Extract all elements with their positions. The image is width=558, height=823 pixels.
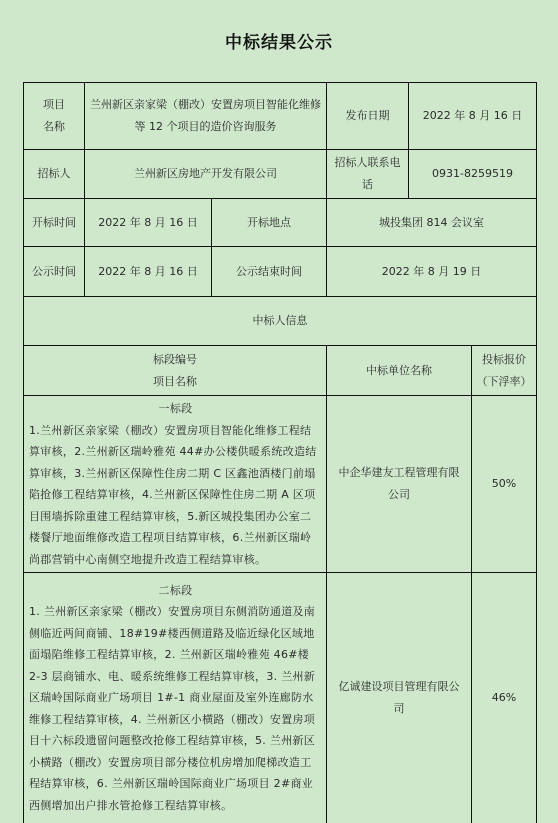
bid-rate: 50%: [472, 396, 537, 573]
project-name-label-line2: 名称: [28, 116, 80, 138]
project-name-value-line2: 等 12 个项目的造价咨询服务: [89, 116, 322, 138]
bid-open-time-label: 开标时间: [24, 199, 85, 247]
bid-result-table: 项目 名称 兰州新区亲家梁（棚改）安置房项目智能化维修 等 12 个项目的造价咨…: [23, 82, 537, 823]
row-publicity: 公示时间 2022 年 8 月 16 日 公示结束时间 2022 年 8 月 1…: [24, 247, 537, 297]
publicity-end-label: 公示结束时间: [212, 247, 327, 297]
tenderer-value: 兰州新区房地产开发有限公司: [85, 150, 327, 199]
winning-company: 亿诚建设项目管理有限公 司: [327, 573, 472, 823]
table-row: 二标段 1. 兰州新区亲家梁（棚改）安置房项目东侧消防通道及南侧临近两间商铺、1…: [24, 573, 537, 823]
bid-open-place-label: 开标地点: [212, 199, 327, 247]
row-bid-open: 开标时间 2022 年 8 月 16 日 开标地点 城投集团 814 会议室: [24, 199, 537, 247]
lot-description-cell: 一标段 1.兰州新区亲家梁（棚改）安置房项目智能化维修工程结算审核，2.兰州新区…: [24, 396, 327, 573]
publish-date-value: 2022 年 8 月 16 日: [409, 83, 537, 150]
bid-rate: 46%: [472, 573, 537, 823]
publicity-time-value: 2022 年 8 月 16 日: [85, 247, 212, 297]
tenderer-label: 招标人: [24, 150, 85, 199]
winning-company-line1: 亿诚建设项目管理有限公: [331, 676, 467, 698]
publicity-end-value: 2022 年 8 月 19 日: [327, 247, 537, 297]
row-winner-heading: 中标人信息: [24, 297, 537, 346]
lot-title: 一标段: [29, 398, 322, 420]
tenderer-phone-value: 0931-8259519: [409, 150, 537, 199]
bid-open-time-value: 2022 年 8 月 16 日: [85, 199, 212, 247]
winner-table-header: 标段编号 项目名称 中标单位名称 投标报价 （下浮率）: [24, 346, 537, 396]
lot-description-cell: 二标段 1. 兰州新区亲家梁（棚改）安置房项目东侧消防通道及南侧临近两间商铺、1…: [24, 573, 327, 823]
project-name-label: 项目 名称: [24, 83, 85, 150]
publicity-time-label: 公示时间: [24, 247, 85, 297]
row-tenderer: 招标人 兰州新区房地产开发有限公司 招标人联系电 话 0931-8259519: [24, 150, 537, 199]
column-header-price-line1: 投标报价: [476, 349, 532, 371]
project-name-value-line1: 兰州新区亲家梁（棚改）安置房项目智能化维修: [89, 94, 322, 116]
column-header-company: 中标单位名称: [327, 346, 472, 396]
table-row: 一标段 1.兰州新区亲家梁（棚改）安置房项目智能化维修工程结算审核，2.兰州新区…: [24, 396, 537, 573]
winner-section-heading: 中标人信息: [24, 297, 537, 346]
row-project-name: 项目 名称 兰州新区亲家梁（棚改）安置房项目智能化维修 等 12 个项目的造价咨…: [24, 83, 537, 150]
lot-description: 1. 兰州新区亲家梁（棚改）安置房项目东侧消防通道及南侧临近两间商铺、18#19…: [29, 605, 315, 812]
lot-title: 二标段: [29, 580, 322, 602]
publish-date-label: 发布日期: [327, 83, 409, 150]
column-header-lot: 标段编号 项目名称: [24, 346, 327, 396]
column-header-price: 投标报价 （下浮率）: [472, 346, 537, 396]
tenderer-phone-label: 招标人联系电 话: [327, 150, 409, 199]
winning-company-line2: 公司: [331, 484, 467, 506]
bid-open-place-value: 城投集团 814 会议室: [327, 199, 537, 247]
page-title: 中标结果公示: [0, 28, 558, 53]
lot-description: 1.兰州新区亲家梁（棚改）安置房项目智能化维修工程结算审核，2.兰州新区瑞岭雅苑…: [29, 424, 317, 566]
winning-company: 中企华建友工程管理有限 公司: [327, 396, 472, 573]
tenderer-phone-label-line1: 招标人联系电: [331, 152, 404, 174]
project-name-value: 兰州新区亲家梁（棚改）安置房项目智能化维修 等 12 个项目的造价咨询服务: [85, 83, 327, 150]
winning-company-line2: 司: [331, 698, 467, 720]
project-name-label-line1: 项目: [28, 94, 80, 116]
column-header-price-line2: （下浮率）: [476, 371, 532, 393]
column-header-lot-line1: 标段编号: [28, 349, 322, 371]
column-header-lot-line2: 项目名称: [28, 371, 322, 393]
winning-company-line1: 中企华建友工程管理有限: [331, 462, 467, 484]
tenderer-phone-label-line2: 话: [331, 174, 404, 196]
